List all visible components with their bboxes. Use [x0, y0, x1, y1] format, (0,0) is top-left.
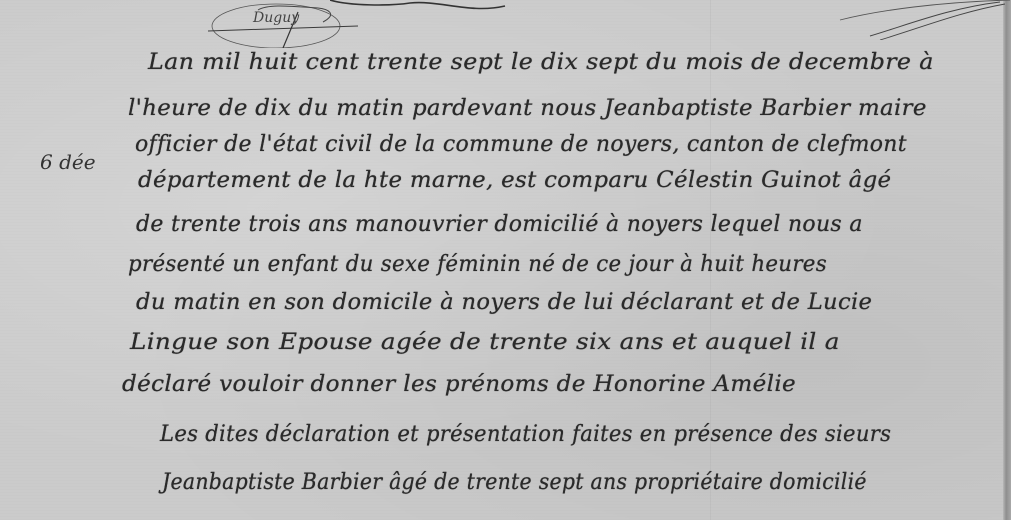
text-line-9: déclaré vouloir donner les prénoms de Ho…: [122, 372, 796, 397]
text-line-7: du matin en son domicile à noyers de lui…: [136, 290, 872, 315]
svg-text:Duguy: Duguy: [252, 10, 300, 26]
text-line-5: de trente trois ans manouvrier domicilié…: [136, 212, 863, 237]
scanned-document-page: Duguy 6 dée Lan mil huit cent trente sep…: [0, 0, 1011, 520]
text-line-1: Lan mil huit cent trente sept le dix sep…: [148, 50, 934, 75]
top-flourish: [330, 0, 510, 14]
text-line-4: département de la hte marne, est comparu…: [138, 168, 891, 193]
text-line-11: Jeanbaptiste Barbier âgé de trente sept …: [162, 470, 867, 495]
text-line-10: Les dites déclaration et présentation fa…: [160, 422, 891, 447]
text-line-3: officier de l'état civil de la commune d…: [135, 132, 907, 157]
pen-strokes: [820, 0, 1011, 40]
text-line-8: Lingue son Epouse agée de trente six ans…: [130, 330, 840, 355]
margin-note: 6 dée: [40, 150, 96, 174]
text-line-2: l'heure de dix du matin pardevant nous J…: [128, 96, 927, 121]
page-edge: [1003, 0, 1011, 520]
text-line-6: présenté un enfant du sexe féminin né de…: [128, 252, 827, 277]
